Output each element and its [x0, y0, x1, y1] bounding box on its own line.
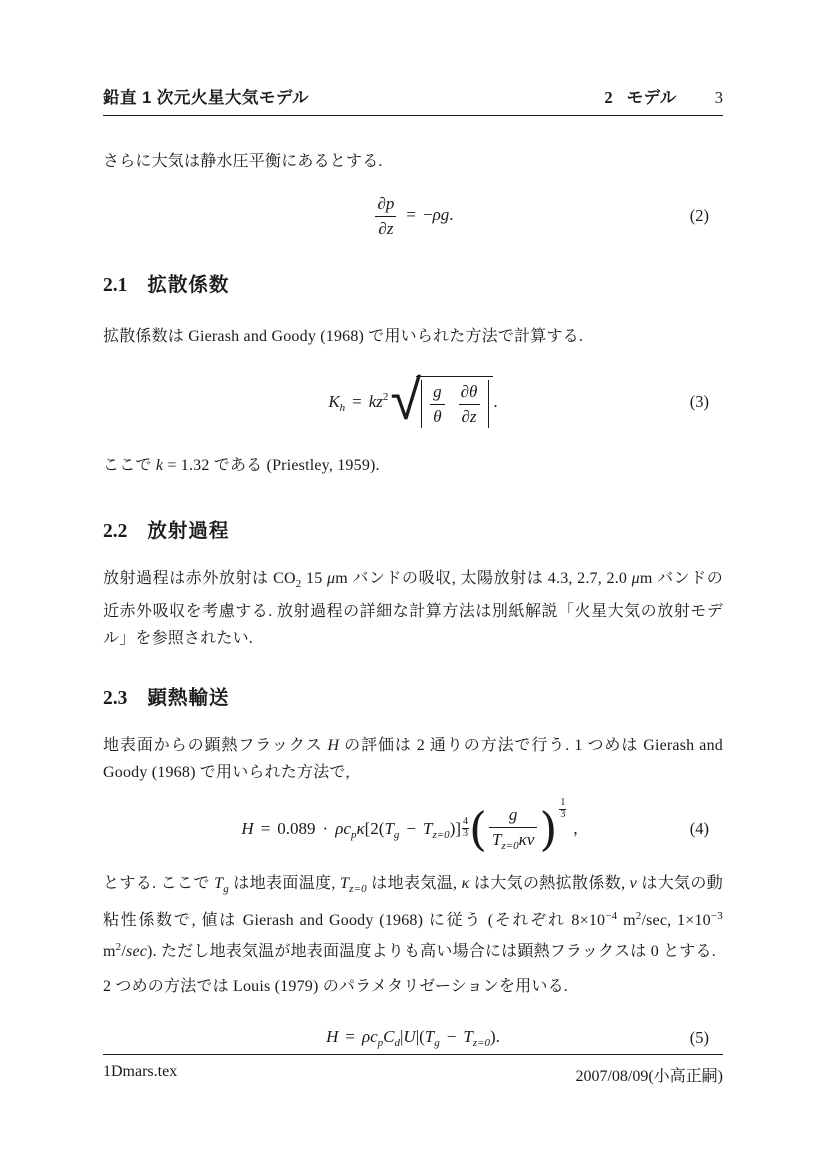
paragraph-radiation: 放射過程は赤外放射は CO2 15 μm バンドの吸収, 太陽放射は 4.3, …	[103, 565, 723, 652]
paragraph-diffusion: 拡散係数は Gierash and Goody (1968) で用いられた方法で…	[103, 323, 723, 350]
fraction-g-theta: gθ	[430, 382, 445, 426]
equation-2-expression: ∂p∂z=−ρg.	[372, 194, 453, 238]
section-2-3-number: 2.3	[103, 688, 127, 710]
equation-3-period: .	[493, 392, 497, 412]
equation-3-lhs: Kh=kz2	[328, 391, 388, 414]
page-content: 鉛直 1 次元火星大気モデル 2 モデル 3 さらに大気は静水圧平衡にあるとする…	[0, 84, 826, 1054]
paragraph-eq4-explanation: とする. ここで Tg は地表面温度, Tz=0 は地表気温, κ は大気の熱拡…	[103, 870, 723, 965]
document-page: 鉛直 1 次元火星大気モデル 2 モデル 3 さらに大気は静水圧平衡にあるとする…	[0, 0, 826, 1169]
equation-4-number: (4)	[690, 819, 709, 839]
equation-3-number: (3)	[690, 392, 709, 412]
section-2-2-number: 2.2	[103, 521, 127, 543]
page-header: 鉛直 1 次元火星大気モデル 2 モデル 3	[103, 84, 723, 116]
section-2-1-number: 2.1	[103, 275, 127, 297]
fraction-dtheta-dz: ∂θ∂z	[458, 382, 481, 426]
header-document-title: 鉛直 1 次元火星大気モデル	[103, 84, 309, 108]
equation-5-expression: H=ρcpCd|U|(Tg−Tz=0).	[326, 1027, 500, 1049]
fraction-dp-dz: ∂p∂z	[374, 194, 397, 238]
header-section-number: 2	[604, 88, 612, 108]
equation-5-number: (5)	[690, 1028, 709, 1048]
section-2-3-title: 顕熱輸送	[147, 682, 229, 710]
equation-5: H=ρcpCd|U|(Tg−Tz=0). (5)	[103, 1022, 723, 1054]
footer-date-author: 2007/08/09(小高正嗣)	[575, 1063, 723, 1086]
equation-4: H=0.089·ρcpκ[2(Tg−Tz=0)]43 ( gTz=0κν ) 1…	[103, 800, 723, 858]
section-2-1-title: 拡散係数	[147, 269, 229, 297]
equation-4-left-run: H=0.089·ρcpκ[2(Tg−Tz=0)]43	[241, 817, 469, 841]
equation-2-number: (2)	[690, 206, 709, 226]
section-heading-2-3: 2.3 顕熱輸送	[103, 682, 723, 710]
footer-filename: 1Dmars.tex	[103, 1063, 177, 1086]
header-section-title: モデル	[627, 84, 677, 108]
absolute-value-group: gθ ∂θ∂z	[421, 380, 489, 428]
header-right-group: 2 モデル 3	[604, 84, 723, 108]
paragraph-hydrostatic: さらに大気は静水圧平衡にあるとする.	[103, 148, 723, 175]
radical-sign: √	[390, 377, 421, 425]
section-heading-2-2: 2.2 放射過程	[103, 515, 723, 543]
equation-2: ∂p∂z=−ρg. (2)	[103, 191, 723, 241]
equation-4-comma: ,	[573, 819, 577, 839]
exponent-one-third: 13	[559, 798, 566, 820]
header-page-number: 3	[715, 88, 723, 108]
paragraph-sensible-heat-intro: 地表面からの顕熱フラックス H の評価は 2 通りの方法で行う. 1 つめは G…	[103, 732, 723, 786]
paragraph-k-value: ここで k = 1.32 である (Priestley, 1959).	[103, 452, 723, 479]
section-heading-2-1: 2.1 拡散係数	[103, 269, 723, 297]
square-root: √ gθ ∂θ∂z	[390, 376, 493, 428]
paragraph-louis-method: 2 つめの方法では Louis (1979) のパラメタリゼーションを用いる.	[103, 973, 723, 1000]
exponent-four-thirds: 43	[462, 817, 469, 839]
equation-3: Kh=kz2 √ gθ ∂θ∂z . (3)	[103, 370, 723, 434]
fraction-g-over-Tkv: gTz=0κν	[489, 805, 537, 852]
sqrt-content: gθ ∂θ∂z	[416, 376, 493, 428]
page-footer: 1Dmars.tex 2007/08/09(小高正嗣)	[103, 1054, 723, 1086]
section-2-2-title: 放射過程	[147, 515, 229, 543]
